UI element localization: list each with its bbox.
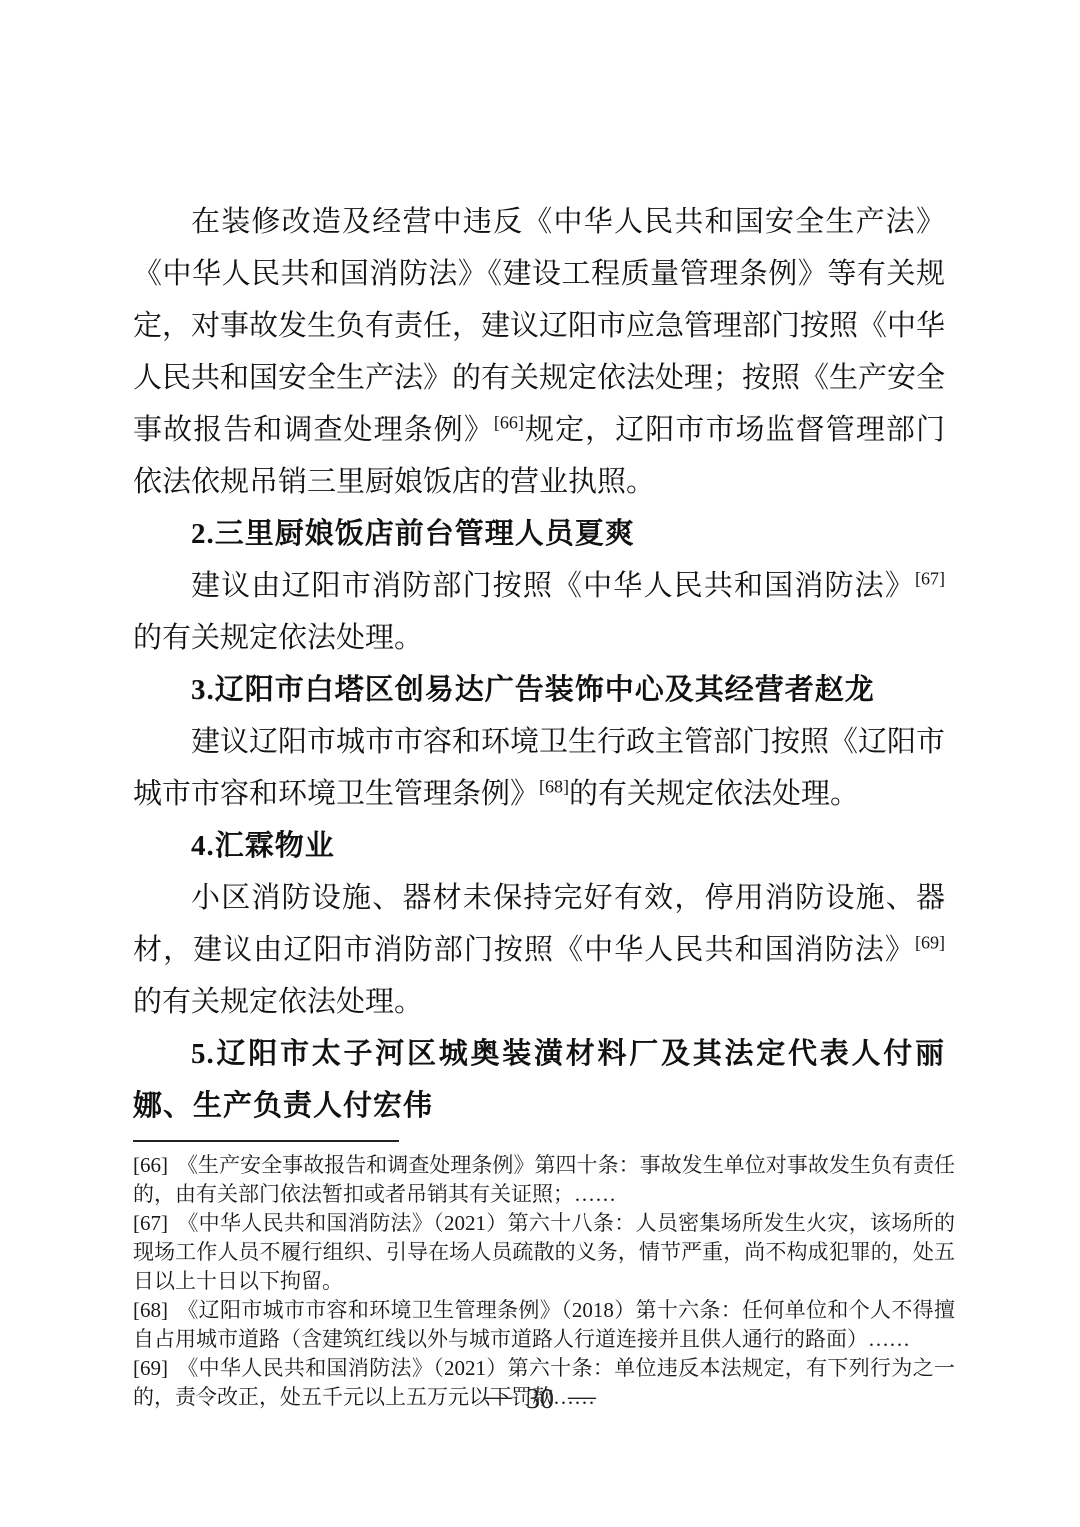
paragraph-2: 建议由辽阳市消防部门按照《中华人民共和国消防法》[67]的有关规定依法处理。: [133, 560, 945, 664]
footnote-separator: [133, 1140, 399, 1142]
paragraph-2-text: 建议由辽阳市消防部门按照《中华人民共和国消防法》: [191, 570, 915, 602]
paragraph-4: 小区消防设施、器材未保持完好有效，停用消防设施、器材，建议由辽阳市消防部门按照《…: [133, 872, 945, 1028]
paragraph-4-text-after: 的有关规定依法处理。: [133, 986, 423, 1018]
section-heading-3: 3.辽阳市白塔区创易达广告装饰中心及其经营者赵龙: [133, 664, 945, 716]
footer-dash-right: —: [568, 1381, 596, 1412]
footnote-text: 《中华人民共和国消防法》（2021）第六十八条：人员密集场所发生火灾，该场所的现…: [133, 1211, 955, 1293]
footnote-text: 《辽阳市城市市容和环境卫生管理条例》（2018）第十六条：任何单位和个人不得擅自…: [133, 1298, 955, 1351]
footnote-ref-67: [67]: [915, 568, 945, 588]
footnote-68: [68]《辽阳市城市市容和环境卫生管理条例》（2018）第十六条：任何单位和个人…: [133, 1296, 955, 1354]
paragraph-1: 在装修改造及经营中违反《中华人民共和国安全生产法》《中华人民共和国消防法》《建设…: [133, 196, 945, 508]
footnotes-section: [66]《生产安全事故报告和调查处理条例》第四十条：事故发生单位对事故发生负有责…: [133, 1140, 955, 1412]
footnote-67: [67]《中华人民共和国消防法》（2021）第六十八条：人员密集场所发生火灾，该…: [133, 1209, 955, 1296]
section-heading-2: 2.三里厨娘饭店前台管理人员夏爽: [133, 508, 945, 560]
paragraph-3-text-after: 的有关规定依法处理。: [569, 778, 859, 810]
document-page: 在装修改造及经营中违反《中华人民共和国安全生产法》《中华人民共和国消防法》《建设…: [0, 0, 1080, 1527]
footnote-66: [66]《生产安全事故报告和调查处理条例》第四十条：事故发生单位对事故发生负有责…: [133, 1151, 955, 1209]
paragraph-3: 建议辽阳市城市市容和环境卫生行政主管部门按照《辽阳市城市市容和环境卫生管理条例》…: [133, 716, 945, 820]
footnote-ref-68: [68]: [539, 776, 569, 796]
paragraph-2-text-after: 的有关规定依法处理。: [133, 622, 423, 654]
footnote-marker: [69]: [133, 1356, 168, 1380]
document-body: 在装修改造及经营中违反《中华人民共和国安全生产法》《中华人民共和国消防法》《建设…: [133, 196, 945, 1132]
footnote-ref-69: [69]: [915, 932, 945, 952]
page-footer: —30—: [0, 1384, 1080, 1416]
footnote-marker: [66]: [133, 1153, 168, 1177]
footnote-marker: [68]: [133, 1298, 168, 1322]
section-heading-5: 5.辽阳市太子河区城奥装潢材料厂及其法定代表人付丽娜、生产负责人付宏伟: [133, 1028, 945, 1132]
paragraph-4-text: 小区消防设施、器材未保持完好有效，停用消防设施、器材，建议由辽阳市消防部门按照《…: [133, 882, 945, 966]
page-number: 30: [526, 1384, 554, 1415]
footnote-ref-66: [66]: [494, 412, 524, 432]
paragraph-1-text: 在装修改造及经营中违反《中华人民共和国安全生产法》《中华人民共和国消防法》《建设…: [133, 206, 945, 446]
section-heading-4: 4.汇霖物业: [133, 820, 945, 872]
footnote-marker: [67]: [133, 1211, 168, 1235]
footnote-text: 《生产安全事故报告和调查处理条例》第四十条：事故发生单位对事故发生负有责任的，由…: [133, 1153, 955, 1206]
footer-dash-left: —: [484, 1381, 512, 1412]
